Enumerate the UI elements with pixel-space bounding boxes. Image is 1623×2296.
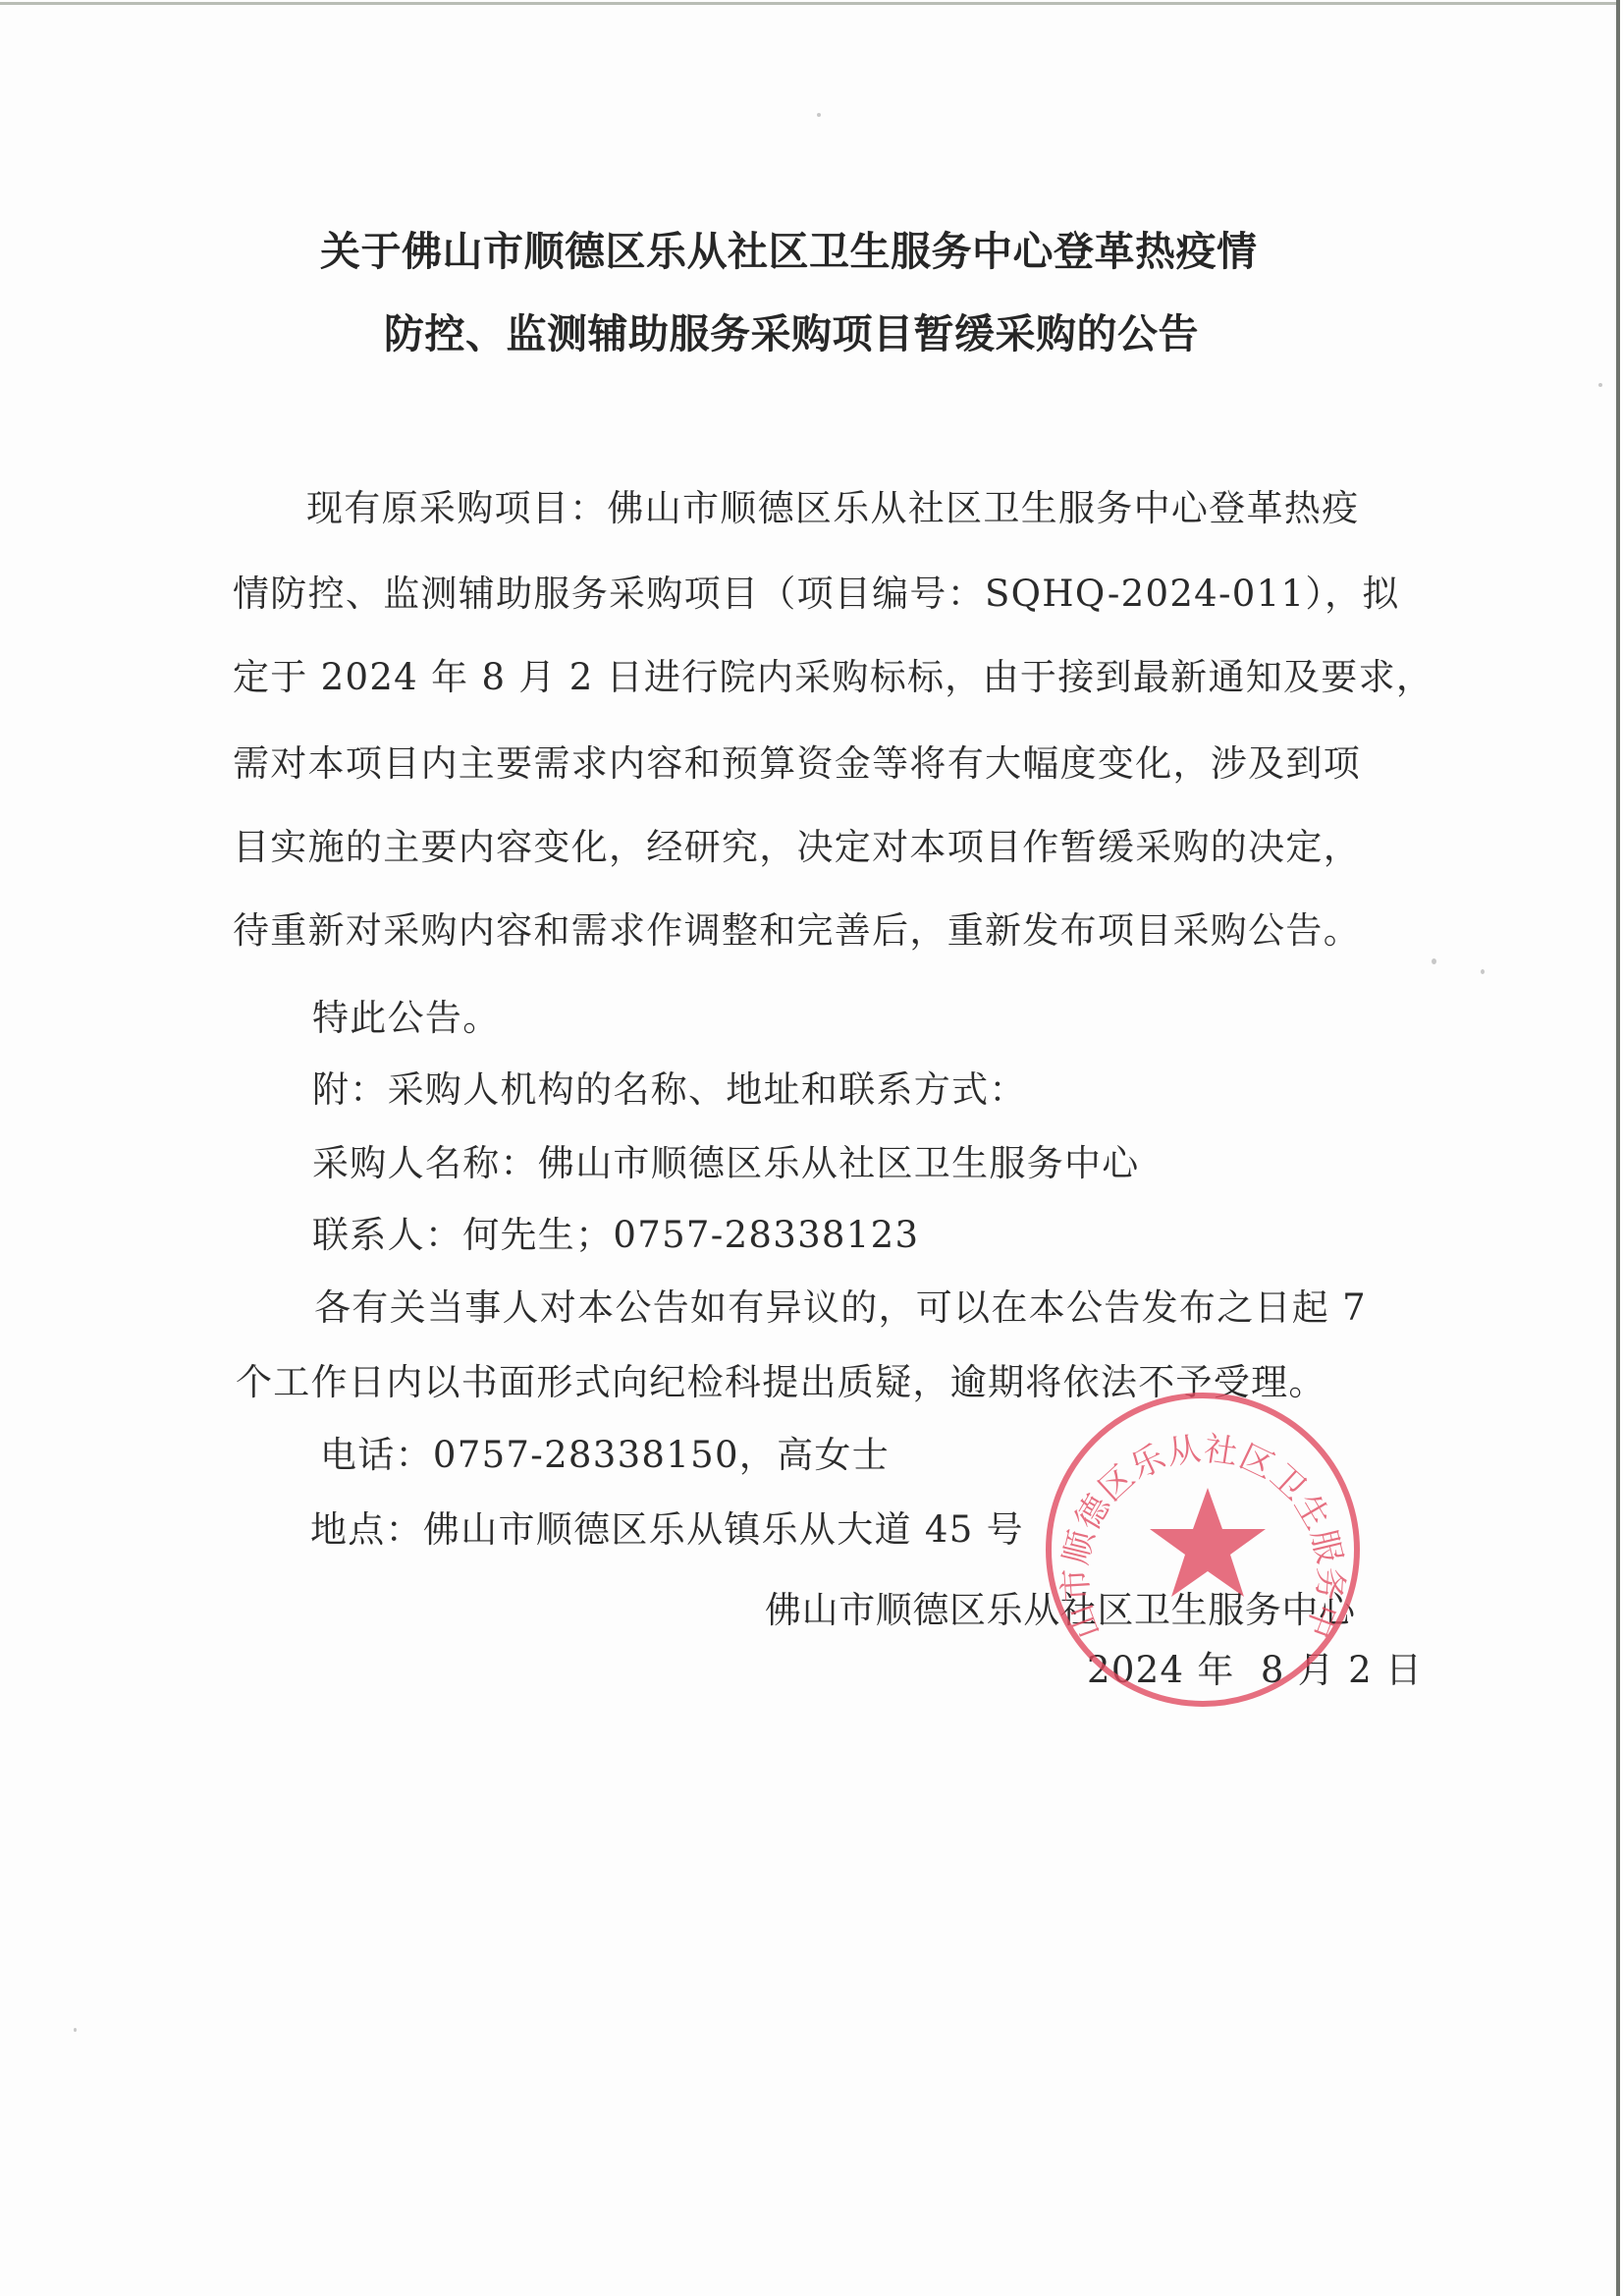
objection-line-1: 各有关当事人对本公告如有异议的，可以在本公告发布之日起 7	[314, 1289, 1367, 1326]
scan-speck	[1598, 383, 1602, 387]
notice-closing: 特此公告。	[312, 1000, 501, 1036]
objection-line-2: 个工作日内以书面形式向纪检科提出质疑，逾期将依法不予受理。	[236, 1364, 1326, 1400]
star-icon	[1150, 1488, 1266, 1597]
contact-person: 联系人：何先生；0757-28338123	[312, 1217, 919, 1253]
paragraph-1-line-5: 目实施的主要内容变化，经研究，决定对本项目作暂缓采购的决定，	[233, 829, 1361, 865]
scan-speck	[74, 2028, 77, 2032]
document-title-line-1: 关于佛山市顺德区乐从社区卫生服务中心登革热疫情	[320, 232, 1258, 272]
scan-speck	[1432, 958, 1436, 964]
paragraph-1-line-3: 定于 2024 年 8 月 2 日进行院内采购标标，由于接到最新通知及要求，	[233, 659, 1434, 695]
address-line: 地点：佛山市顺德区乐从镇乐从大道 45 号	[310, 1511, 1024, 1548]
signature-date: 2024 年 8 月 2 日	[1087, 1652, 1423, 1688]
paragraph-1-line-6: 待重新对采购内容和需求作调整和完善后，重新发布项目采购公告。	[233, 912, 1361, 949]
phone-line: 电话：0757-28338150，高女士	[320, 1437, 890, 1473]
scan-speck	[817, 113, 821, 117]
document-title-line-2: 防控、监测辅助服务采购项目暂缓采购的公告	[384, 314, 1199, 355]
document-page: 关于佛山市顺德区乐从社区卫生服务中心登革热疫情 防控、监测辅助服务采购项目暂缓采…	[0, 0, 1623, 2296]
purchaser-name: 采购人名称：佛山市顺德区乐从社区卫生服务中心	[312, 1145, 1140, 1181]
paragraph-1-line-2: 情防控、监测辅助服务采购项目（项目编号：SQHQ-2024-011），拟	[233, 575, 1400, 612]
scan-speck	[1481, 969, 1485, 974]
scan-border-right	[1616, 0, 1620, 2296]
paragraph-1-line-4: 需对本项目内主要需求内容和预算资金等将有大幅度变化，涉及到项	[233, 745, 1361, 782]
paragraph-1-line-1: 现有原采购项目：佛山市顺德区乐从社区卫生服务中心登革热疫	[306, 490, 1359, 526]
attachment-heading: 附：采购人机构的名称、地址和联系方式：	[312, 1071, 1027, 1108]
scan-border-top	[0, 2, 1620, 5]
signature-organization: 佛山市顺德区乐从社区卫生服务中心	[765, 1592, 1356, 1628]
